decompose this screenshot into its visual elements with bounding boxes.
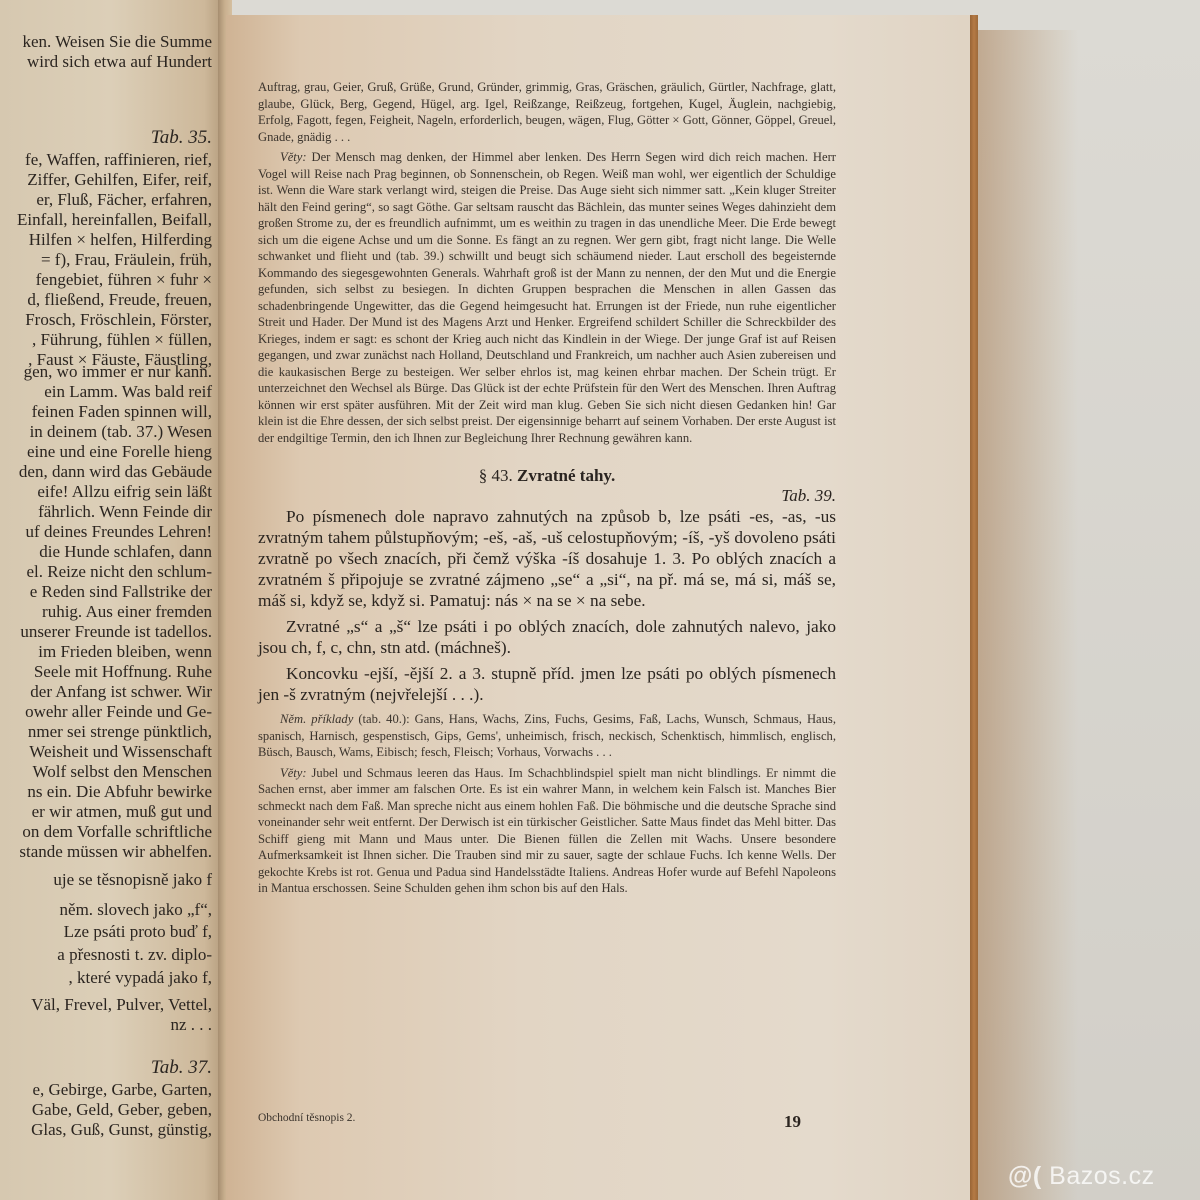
text-line: nmer sei strenge pünktlich, [28, 722, 212, 742]
sentences-label: Věty: [280, 766, 307, 780]
text-line: Wolf selbst den Menschen [33, 762, 212, 782]
text-line: , které vypadá jako f, [69, 968, 213, 988]
text-line: Hilfen × helfen, Hilferding [29, 230, 212, 250]
watermark-text: Bazos.cz [1049, 1162, 1154, 1190]
word-list: Auftrag, grau, Geier, Gruß, Grüße, Grund… [258, 79, 836, 145]
text-line: eine und eine Forelle hieng [27, 442, 212, 462]
paragraph: Koncovku -ejší, -ější 2. a 3. stupně pří… [258, 663, 836, 705]
text-line: ken. Weisen Sie die Summe [22, 32, 212, 52]
text-line: Väl, Frevel, Pulver, Vettel, [31, 995, 212, 1015]
text-line: uf deines Freundes Lehren! [26, 522, 212, 542]
text-line: die Hunde schlafen, dann [39, 542, 212, 562]
text-line: wird sich etwa auf Hundert [27, 52, 212, 72]
sentences-text: Jubel und Schmaus leeren das Haus. Im Sc… [258, 766, 836, 896]
text-line: feinen Faden spinnen will, [32, 402, 212, 422]
table-reference: Tab. 35. [151, 128, 212, 148]
text-line: Lze psáti proto buď f, [64, 922, 212, 942]
sentences-block-1: Věty: Der Mensch mag denken, der Himmel … [258, 149, 836, 446]
text-line: Gabe, Geld, Geber, geben, [32, 1100, 212, 1120]
text-line: der Anfang ist schwer. Wir [30, 682, 212, 702]
text-line: den, dann wird das Gebäude [19, 462, 212, 482]
text-line: , Führung, fühlen × füllen, [32, 330, 212, 350]
text-line: = f), Frau, Fräulein, früh, [41, 250, 212, 270]
examples-label: Něm. příklady [280, 712, 353, 726]
examples-block: Něm. příklady (tab. 40.): Gans, Hans, Wa… [258, 711, 836, 761]
text-line: owehr aller Feinde und Ge- [25, 702, 212, 722]
text-line: a přesnosti t. zv. diplo- [57, 945, 212, 965]
text-line: gen, wo immer er nur kann. [24, 362, 212, 382]
section-number: § 43. [479, 466, 513, 485]
text-line: fe, Waffen, raffinieren, rief, [25, 150, 212, 170]
sentences-text: Der Mensch mag denken, der Himmel aber l… [258, 150, 836, 445]
text-line: nz . . . [170, 1015, 212, 1035]
text-line: Seele mit Hoffnung. Ruhe [34, 662, 212, 682]
page-number: 19 [784, 1112, 801, 1132]
table-reference: Tab. 39. [258, 486, 836, 506]
text-line: e Reden sind Fallstrike der [30, 582, 212, 602]
text-line: ruhig. Aus einer fremden [42, 602, 212, 622]
text-line: Glas, Guß, Gunst, günstig, [31, 1120, 212, 1140]
text-line: er, Fluß, Fächer, erfahren, [36, 190, 212, 210]
page-shadow [978, 30, 1078, 1200]
watermark: @( Bazos.cz [1008, 1162, 1155, 1191]
section-heading: § 43. Zvratné tahy. [258, 466, 836, 486]
text-line: něm. slovech jako „f“, [60, 900, 212, 920]
text-line: stande müssen wir abhelfen. [19, 842, 212, 862]
text-line: on dem Vorfalle schriftliche [22, 822, 212, 842]
paragraph: Po písmenech dole napravo zahnutých na z… [258, 506, 836, 611]
watermark-logo-icon: @( [1008, 1162, 1042, 1190]
text-line: ein Lamm. Was bald reif [44, 382, 212, 402]
text-line: Weisheit und Wissenschaft [29, 742, 212, 762]
text-line: unserer Freunde ist tadellos. [20, 622, 212, 642]
paragraph: Zvratné „s“ a „š“ lze psáti i po oblých … [258, 616, 836, 658]
table-reference: Tab. 37. [151, 1058, 212, 1078]
text-line: ns ein. Die Abfuhr bewirke [27, 782, 212, 802]
text-line: el. Reize nicht den schlum- [26, 562, 212, 582]
text-line: uje se těsnopisně jako f [53, 870, 212, 890]
section-title: Zvratné tahy. [517, 466, 615, 485]
text-line: e, Gebirge, Garbe, Garten, [32, 1080, 212, 1100]
text-line: d, fließend, Freude, freuen, [27, 290, 212, 310]
page-content: Auftrag, grau, Geier, Gruß, Grüße, Grund… [258, 79, 836, 897]
sentences-block-2: Věty: Jubel und Schmaus leeren das Haus.… [258, 765, 836, 897]
text-line: im Frieden bleiben, wenn [38, 642, 212, 662]
text-line: fengebiet, führen × fuhr × [36, 270, 212, 290]
text-line: er wir atmen, muß gut und [32, 802, 212, 822]
book-signature: Obchodní těsnopis 2. [258, 1112, 355, 1124]
text-line: Frosch, Fröschlein, Förster, [25, 310, 212, 330]
right-page: Auftrag, grau, Geier, Gruß, Grüße, Grund… [226, 15, 970, 1200]
left-page: ken. Weisen Sie die Summewird sich etwa … [0, 0, 222, 1200]
text-line: eife! Allzu eifrig sein läßt [37, 482, 212, 502]
text-line: fährlich. Wenn Feinde dir [38, 502, 212, 522]
text-line: in deinem (tab. 37.) Wesen [30, 422, 212, 442]
text-line: Einfall, hereinfallen, Beifall, [17, 210, 212, 230]
sentences-label: Věty: [280, 150, 307, 164]
text-line: Ziffer, Gehilfen, Eifer, reif, [27, 170, 212, 190]
